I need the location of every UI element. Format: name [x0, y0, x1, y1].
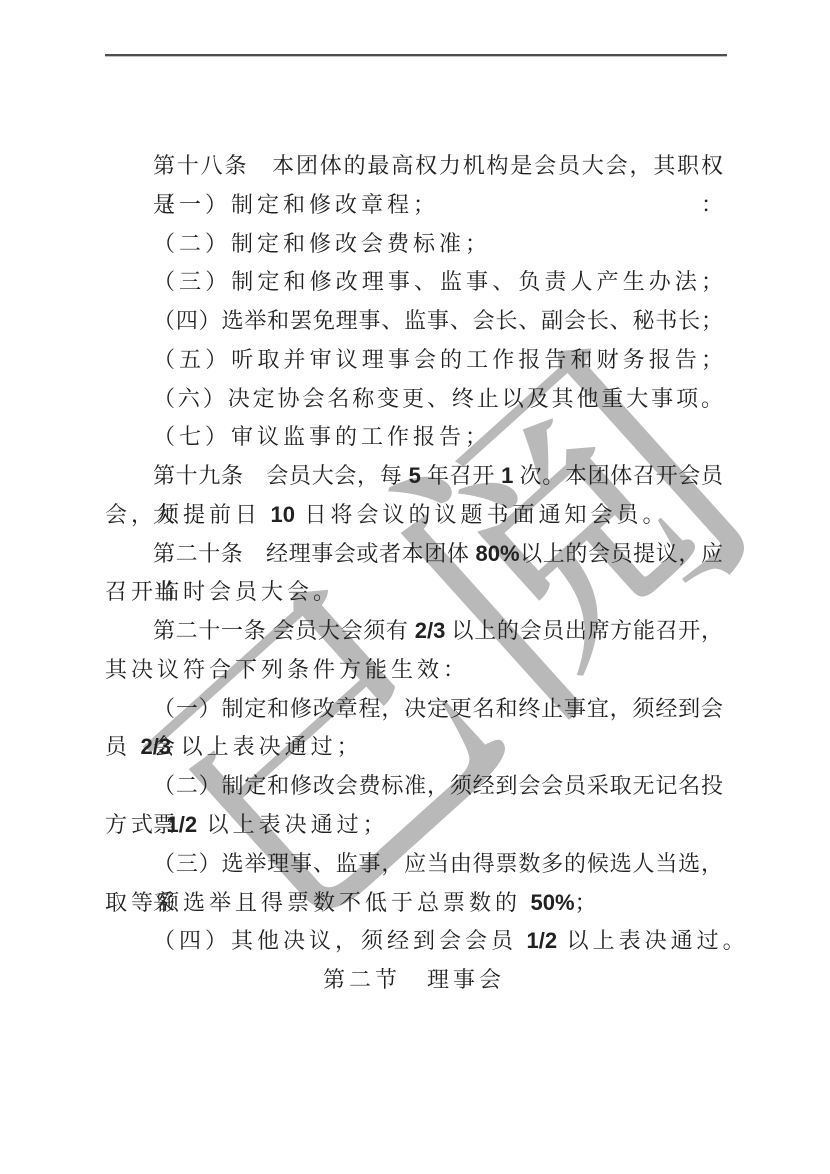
text-line: （七）审议监事的工作报告；	[105, 418, 723, 457]
body-text: 召开临时会员大会。	[105, 579, 339, 604]
numeric-text: 2/3	[141, 734, 172, 759]
body-text: 第二节 理事会	[323, 967, 505, 992]
numeric-text: 5	[409, 463, 421, 488]
text-line: （一）制定和修改章程，决定更名和终止事宜，须经到会会	[105, 690, 723, 729]
text-line: 取等额选举且得票数不低于总票数的 50%；	[105, 884, 723, 923]
body-text: 以上的会员出席方能召开，	[445, 618, 723, 643]
text-line: （三）制定和修改理事、监事、负责人产生办法；	[105, 263, 723, 302]
text-line: （四）其他决议，须经到会会员 1/2 以上表决通过。	[105, 922, 723, 961]
body-text: （三）制定和修改理事、监事、负责人产生办法；	[153, 269, 723, 294]
text-line: 会，须提前日 10 日将会议的议题书面通知会员。	[105, 496, 723, 535]
text-line: 第十八条 本团体的最高权力机构是会员大会，其职权是：	[105, 147, 723, 186]
body-text: 以上表决通过；	[197, 812, 389, 837]
body-text: 取等额选举且得票数不低于总票数的	[105, 890, 531, 915]
text-line: 其决议符合下列条件方能生效：	[105, 651, 723, 690]
body-text: 第十九条 会员大会，每	[153, 463, 409, 488]
text-line: 第十九条 会员大会，每 5 年召开 1 次。本团体召开会员大	[105, 457, 723, 496]
document-page: 已阅 第十八条 本团体的最高权力机构是会员大会，其职权是：（一）制定和修改章程；…	[0, 0, 830, 1174]
body-text: 以上表决通过；	[171, 734, 363, 759]
body-text: 第二十一条 会员大会须有	[153, 618, 415, 643]
body-text: 以上表决通过。	[557, 928, 749, 953]
text-line: （四）选举和罢免理事、监事、会长、副会长、秘书长；	[105, 302, 723, 341]
header-rule	[105, 54, 727, 57]
body-text: （二）制定和修改会费标准；	[153, 231, 491, 256]
numeric-text: 1/2	[527, 928, 558, 953]
body-text: （四）选举和罢免理事、监事、会长、副会长、秘书长；	[153, 308, 723, 333]
text-line: （三）选举理事、监事，应当由得票数多的候选人当选，采	[105, 845, 723, 884]
body-text: 第二十条 经理事会或者本团体	[153, 541, 476, 566]
text-line: 第二十条 经理事会或者本团体 80%以上的会员提议，应当	[105, 535, 723, 574]
body-text: ；	[575, 890, 601, 915]
body-text: 会，须提前日	[105, 502, 271, 527]
document-body: 第十八条 本团体的最高权力机构是会员大会，其职权是：（一）制定和修改章程；（二）…	[105, 147, 723, 1000]
numeric-text: 1	[501, 463, 513, 488]
text-line: 第二十一条 会员大会须有 2/3 以上的会员出席方能召开，	[105, 612, 723, 651]
text-line: 员 2/3 以上表决通过；	[105, 728, 723, 767]
body-text: 日将会议的议题书面通知会员。	[295, 502, 669, 527]
text-line: 召开临时会员大会。	[105, 573, 723, 612]
body-text: 方式	[105, 812, 167, 837]
numeric-text: 80%	[476, 541, 520, 566]
numeric-text: 1/2	[167, 812, 198, 837]
body-text: 其决议符合下列条件方能生效：	[105, 657, 469, 682]
numeric-text: 10	[271, 502, 295, 527]
numeric-text: 50%	[531, 890, 575, 915]
body-text: （五）听取并审议理事会的工作报告和财务报告；	[153, 347, 723, 372]
body-text: 员	[105, 734, 141, 759]
text-line: （二）制定和修改会费标准，须经到会会员采取无记名投票	[105, 767, 723, 806]
body-text: 年召开	[421, 463, 501, 488]
text-line: （六）决定协会名称变更、终止以及其他重大事项。	[105, 380, 723, 419]
body-text: （七）审议监事的工作报告；	[153, 424, 491, 449]
text-line: 方式 1/2 以上表决通过；	[105, 806, 723, 845]
body-text: （四）其他决议，须经到会会员	[153, 928, 527, 953]
text-line: （二）制定和修改会费标准；	[105, 225, 723, 264]
text-line: （五）听取并审议理事会的工作报告和财务报告；	[105, 341, 723, 380]
body-text: （一）制定和修改章程；	[153, 192, 439, 217]
numeric-text: 2/3	[415, 618, 446, 643]
body-text: （六）决定协会名称变更、终止以及其他重大事项。	[153, 386, 723, 411]
section-heading: 第二节 理事会	[105, 961, 723, 1000]
